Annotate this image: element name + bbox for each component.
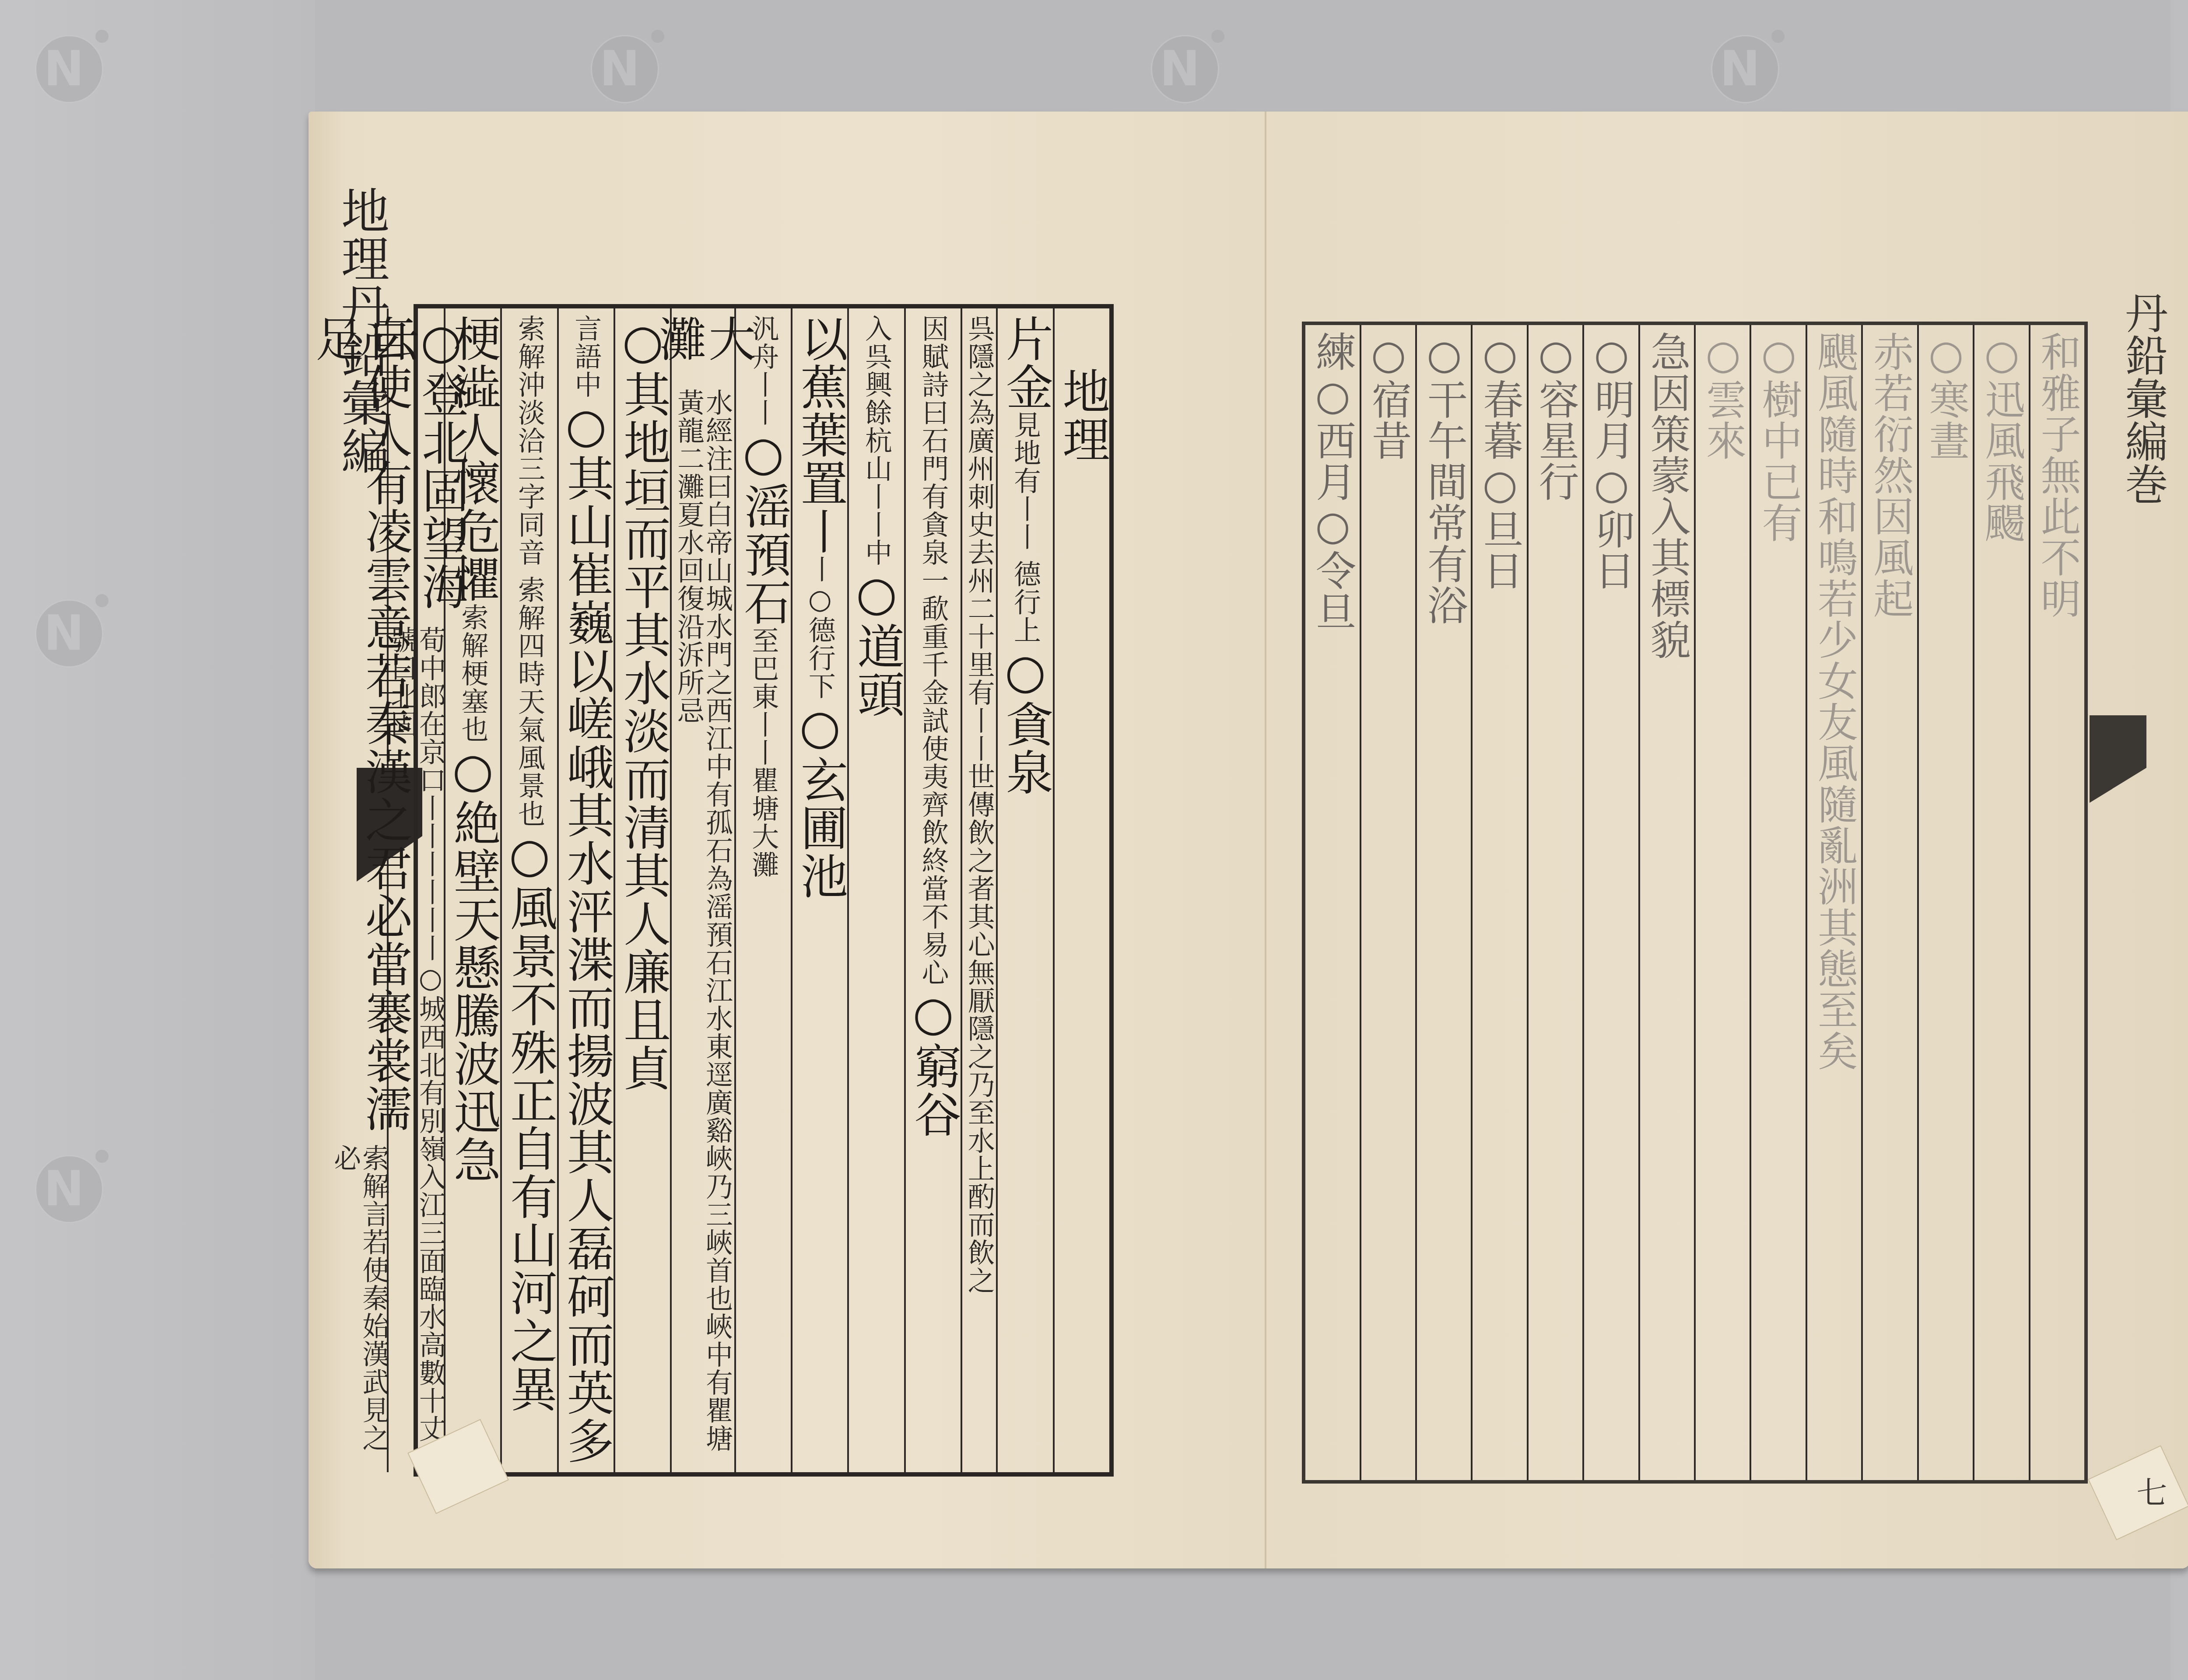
- text-column: 呉隱之為廣州刺史去州二十里有丨丨世傳飲之者其心無厭隱之乃至水上酌而飲之: [961, 308, 996, 1472]
- text-column: ○干午間常有浴: [1415, 325, 1471, 1480]
- text-column: 汎舟丨丨○滛預石至巴東丨丨瞿塘大灘: [734, 308, 791, 1472]
- page-number: 七: [2132, 1477, 2166, 1507]
- text-column: 片金見地有丨丨 德行上○貪泉: [996, 308, 1052, 1472]
- background-left: [0, 0, 315, 1680]
- text-column: 練○西月○令旦: [1305, 325, 1359, 1480]
- text-column: 大灘水經注曰白帝山城水門之西江中有孤石為滛預石江水東逕廣谿峽乃三峽首也峽中有瞿塘…: [670, 308, 734, 1472]
- text-column: 言語中○其山崔巍以嵯峨其水泙渫而揚波其人磊砢而英多: [557, 308, 614, 1472]
- text-column: 入呉興餘杭山丨丨中○道頭: [847, 308, 904, 1472]
- watermark-logo-icon: N: [18, 582, 118, 682]
- watermark-logo-icon: N: [1133, 17, 1234, 118]
- text-column: 以蕉葉置丨丨○德行下○玄圃池: [791, 308, 847, 1472]
- text-column: 因賦詩曰石門有貪泉一歃重千金試使夷齊飲終當不易心○窮谷: [904, 308, 961, 1472]
- text-column: ○明月○卯日: [1582, 325, 1638, 1480]
- text-column: ○雲來: [1694, 325, 1750, 1480]
- right-page: 丹鉛彙編巻 和雅子無此不明 ○迅風飛颺 ○寒晝 赤若衍然因風起 颶風隨時和鳴若少…: [1267, 112, 2188, 1568]
- text-column: 索解沖淡洽三字同音 索解四時天氣風景也○風景不殊正自有山河之異: [500, 308, 557, 1472]
- text-column: ○容星行: [1527, 325, 1582, 1480]
- watermark-logo-icon: N: [18, 17, 118, 118]
- text-column: 颶風隨時和鳴若少女友風隨亂洲其態至矣: [1806, 325, 1861, 1480]
- left-page: 地理丹鉛彙編 地理 片金見地有丨丨 德行上○貪泉 呉隱之為廣州刺史去州二十里有丨…: [309, 112, 1267, 1568]
- right-margin-label: 丹鉛彙編巻: [2119, 291, 2166, 505]
- open-book: 地理丹鉛彙編 地理 片金見地有丨丨 德行上○貪泉 呉隱之為廣州刺史去州二十里有丨…: [309, 112, 2188, 1568]
- watermark-logo-icon: N: [573, 17, 674, 118]
- text-column: ○迅風飛颺: [1973, 325, 2028, 1480]
- text-column: ○樹中已有: [1750, 325, 1805, 1480]
- text-column: ○春暮○旦日: [1471, 325, 1526, 1480]
- book-spine: [1265, 112, 1266, 1568]
- text-column: 赤若衍然因風起: [1861, 325, 1917, 1480]
- text-column: ○其地垣而平其水淡而清其人廉且貞: [614, 308, 670, 1472]
- watermark-logo-icon: N: [1694, 17, 1794, 118]
- text-column: 急因策蒙入其標貌: [1638, 325, 1694, 1480]
- right-page-text-frame: 和雅子無此不明 ○迅風飛颺 ○寒晝 赤若衍然因風起 颶風隨時和鳴若少女友風隨亂洲…: [1302, 322, 2088, 1484]
- watermark-logo-icon: N: [18, 1137, 118, 1238]
- text-column: ○寒晝: [1917, 325, 1973, 1480]
- text-column: 自使人有凌雲意若秦漢之君必當褰裳濡足索解言若使秦始漢武見之必: [332, 308, 387, 1472]
- section-heading-column: 地理: [1053, 308, 1109, 1472]
- text-column: ○宿昔: [1360, 325, 1415, 1480]
- fish-tail-mark-icon: [2090, 715, 2146, 803]
- text-column: 和雅子無此不明: [2029, 325, 2084, 1480]
- left-page-text-frame: 地理 片金見地有丨丨 德行上○貪泉 呉隱之為廣州刺史去州二十里有丨丨世傳飲之者其…: [414, 304, 1114, 1477]
